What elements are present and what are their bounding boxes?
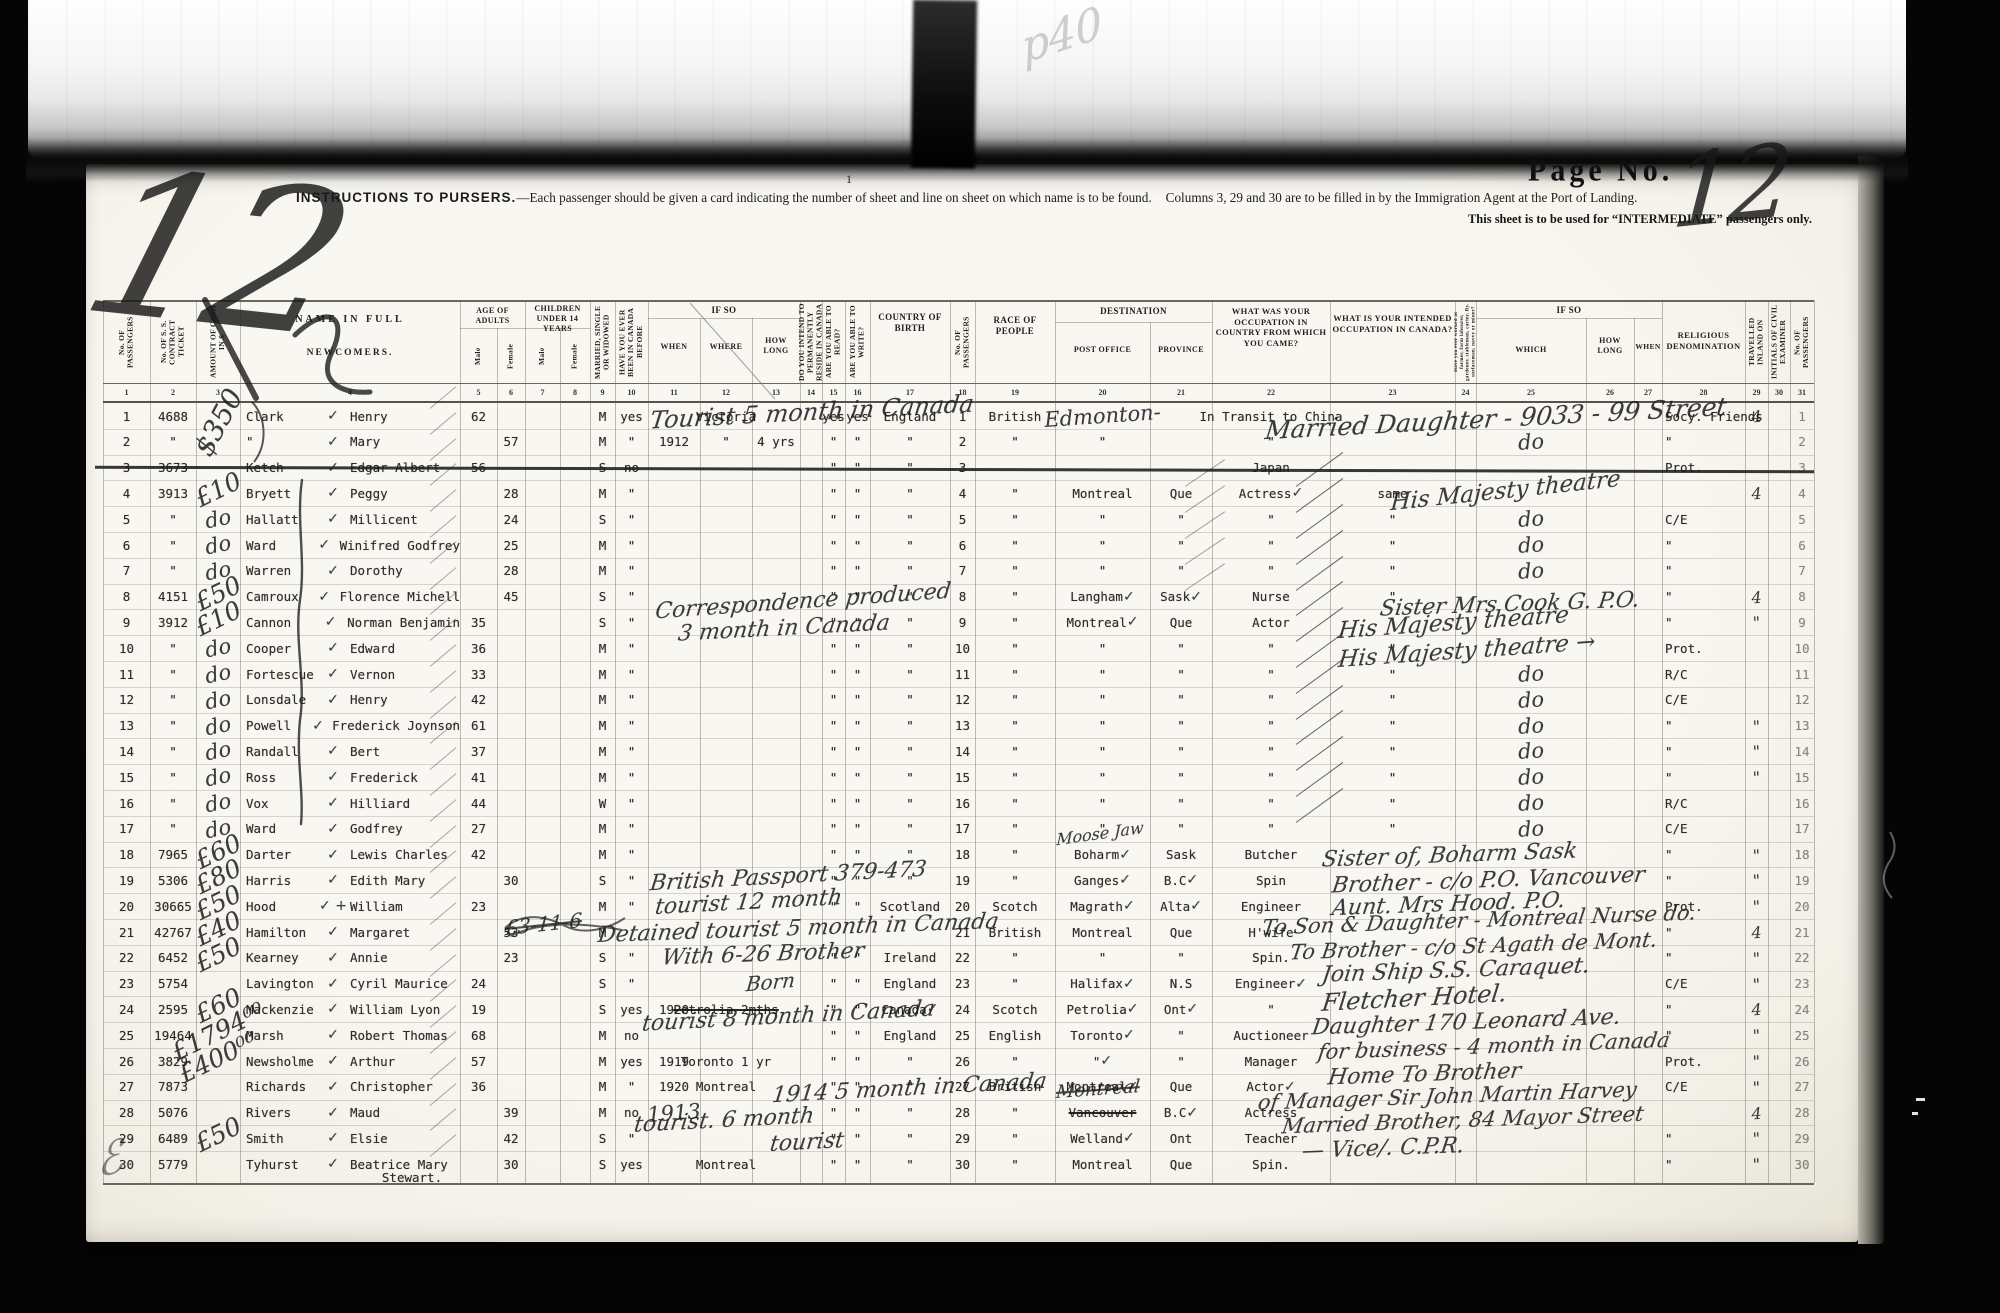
check-mark: ✓ <box>316 769 350 785</box>
cell-r16-rd: " <box>822 790 845 816</box>
cell-r23-occ: Engineer ✓ <box>1212 971 1330 997</box>
column-number: 8 <box>560 383 590 401</box>
manifest-row-name: Marsh✓Robert Thomas <box>240 1022 460 1048</box>
header-col16: ARE YOU ABLE TO WRITE? <box>845 303 870 381</box>
check-mark: ✓ <box>1190 898 1202 914</box>
cell-r11-po: " <box>1055 661 1150 687</box>
cell-r23-rel: C/E <box>1662 971 1748 997</box>
manifest-row-name: Powell✓Frederick Joynson <box>240 713 460 739</box>
cell-r24-rel: " <box>1662 996 1748 1022</box>
check-mark: ✓ <box>316 872 350 888</box>
cell-r20-po: Magrath ✓ <box>1055 893 1150 919</box>
cell-r17-rel: C/E <box>1662 816 1748 842</box>
cell-r9-occ: Actor <box>1212 609 1330 635</box>
cell-r22-ms: S <box>590 945 615 971</box>
cell-r7-ms: M <box>590 558 615 584</box>
cell-r26-ms: M <box>590 1048 615 1074</box>
manifest-row-name: Vox✓Hilliard <box>240 790 460 816</box>
cell-r6-rd: " <box>822 532 845 558</box>
header-col9: MARRIED, SINGLE OR WIDOWED <box>590 303 615 381</box>
cell-r30-where: Montreal <box>700 1151 752 1177</box>
cell-r12-race: " <box>975 687 1055 713</box>
cell-r2-how: 4 yrs <box>752 429 800 455</box>
cell-r5-cb: " <box>615 506 648 532</box>
cell-r6-cty: " <box>870 532 950 558</box>
cell-r9-rel: " <box>1662 609 1748 635</box>
handwritten-note: Born <box>745 968 796 997</box>
check-mark: ✓ <box>316 485 350 501</box>
cell-r18-no: 18 <box>103 842 150 868</box>
header-ifso: IF SO <box>648 305 800 316</box>
cell-r23-tk: 5754 <box>150 971 196 997</box>
cell-r24-no3: 24 <box>1790 996 1814 1022</box>
cell-r23-cty: England <box>870 971 950 997</box>
cell-r22-cty: Ireland <box>870 945 950 971</box>
cell-r26-where: Toronto 1 yr <box>700 1048 752 1074</box>
check-mark: ✓ <box>316 950 350 966</box>
cell-r15-race: " <box>975 764 1055 790</box>
cell-r10-cb: " <box>615 635 648 661</box>
cell-r8-c29: 4 <box>1744 583 1769 611</box>
cell-r5-cty: " <box>870 506 950 532</box>
header-ifso: IF SO <box>1476 305 1662 316</box>
cell-r9-po: Montreal ✓ <box>1055 609 1150 635</box>
cell-r19-pv: B.C ✓ <box>1150 867 1212 893</box>
cell-r25-no2: 25 <box>950 1022 975 1048</box>
cell-r4-tk: 3913 <box>150 480 196 506</box>
cell-r6-no: 6 <box>103 532 150 558</box>
cell-r22-rel: " <box>1662 945 1748 971</box>
check-mark: ✓ <box>1123 589 1135 605</box>
cell-r27-when: 1920 <box>648 1074 700 1100</box>
cell-r4-rd: " <box>822 480 845 506</box>
manifest-row-name2: Stewart. <box>352 1164 472 1190</box>
header-where: WHERE <box>700 342 752 352</box>
check-mark: ✓ <box>314 614 347 630</box>
instructions-text2: Columns 3, 29 and 30 are to be filled in… <box>1166 190 1638 205</box>
cell-r18-tk: 7965 <box>150 842 196 868</box>
cell-r27-where: Montreal <box>700 1074 752 1100</box>
cell-r4-no3: 4 <box>1790 480 1814 506</box>
cell-r25-no3: 25 <box>1790 1022 1814 1048</box>
cell-r28-po: Vancouver <box>1055 1100 1150 1126</box>
cell-r15-pv: " <box>1150 764 1212 790</box>
cell-r26-no: 26 <box>103 1048 150 1074</box>
cell-r23-no3: 23 <box>1790 971 1814 997</box>
cell-r14-int: " <box>1330 738 1455 764</box>
manifest-row-name: Lavington✓Cyril Maurice <box>240 971 460 997</box>
cell-r30-rd: " <box>822 1151 845 1177</box>
cell-r7-occ: " <box>1212 558 1330 584</box>
cell-r21-c29: 4 <box>1744 918 1769 946</box>
header-col10: HAVE YOU EVER BEEN IN CANADA BEFORE <box>615 303 648 381</box>
cell-r23-rd: " <box>822 971 845 997</box>
header-col23: WHAT IS YOUR INTENDED OCCUPATION IN CANA… <box>1330 313 1455 334</box>
cell-r29-cty: " <box>870 1125 950 1151</box>
cell-r19-ms: S <box>590 867 615 893</box>
cell-r13-no3: 13 <box>1790 713 1814 739</box>
header-col24: Have you ever worked as farmer, farm lab… <box>1455 303 1476 381</box>
cell-r23-race: " <box>975 971 1055 997</box>
cell-r29-no2: 29 <box>950 1125 975 1151</box>
header-col31: No. OF PASSENGERS <box>1790 303 1814 381</box>
grid-line <box>1476 318 1662 319</box>
cell-r13-int: " <box>1330 713 1455 739</box>
cell-r5-race: " <box>975 506 1055 532</box>
check-mark: ✓ <box>316 1079 350 1095</box>
scratch-mark <box>1916 1098 1925 1101</box>
cell-r23-ms: S <box>590 971 615 997</box>
cell-r17-pv: " <box>1150 816 1212 842</box>
check-mark: ✓ <box>1186 872 1198 888</box>
cell-r26-cb: yes <box>615 1048 648 1074</box>
cell-r13-po: " <box>1055 713 1150 739</box>
cell-r29-rel: " <box>1662 1125 1748 1151</box>
cell-r10-rel: Prot. <box>1662 635 1748 661</box>
cell-r30-cb: yes <box>615 1151 648 1177</box>
cell-r5-wr: " <box>845 506 870 532</box>
cell-r2-po: " <box>1055 429 1150 455</box>
column-number: 20 <box>1055 383 1150 401</box>
grid-line <box>648 318 800 319</box>
header-when: WHEN <box>648 342 700 352</box>
manifest-row-name: Hallatt✓Millicent <box>240 506 460 532</box>
cell-r29-pv: Ont <box>1150 1125 1212 1151</box>
cell-r8-no2: 8 <box>950 584 975 610</box>
cell-r1-am: 62 <box>460 403 497 429</box>
column-number: 5 <box>460 383 497 401</box>
cell-r7-tk: " <box>150 558 196 584</box>
cell-r9-no3: 9 <box>1790 609 1814 635</box>
cell-r20-no: 20 <box>103 893 150 919</box>
cell-r30-c29: " <box>1744 1150 1769 1178</box>
check-mark: ✓ <box>316 1053 350 1069</box>
cell-r2-tk: " <box>150 429 196 455</box>
cell-r15-cb: " <box>615 764 648 790</box>
cell-r3-no3: 3 <box>1790 455 1814 481</box>
cell-r5-tk: " <box>150 506 196 532</box>
cell-r24-pv: Ont ✓ <box>1150 996 1212 1022</box>
check-mark: ✓ <box>316 511 350 527</box>
page-no-label: Page No. <box>1528 153 1673 189</box>
cell-r19-occ: Spin <box>1212 867 1330 893</box>
cell-r10-rd: " <box>822 635 845 661</box>
cell-r11-no3: 11 <box>1790 661 1814 687</box>
cell-r6-int: " <box>1330 532 1455 558</box>
cell-r20-tk: 30665 <box>150 893 196 919</box>
check-mark: ✓ <box>316 408 350 424</box>
cell-r12-cty: " <box>870 687 950 713</box>
cell-r1-c29: 4 <box>1744 402 1769 430</box>
cell-r20-pv: Alta ✓ <box>1150 893 1212 919</box>
cell-r17-occ: " <box>1212 816 1330 842</box>
cell-r5-occ: " <box>1212 506 1330 532</box>
check-mark: ✓ + <box>316 898 350 914</box>
cell-r15-no2: 15 <box>950 764 975 790</box>
check-mark: ✓ <box>316 640 350 656</box>
header-which: WHICH <box>1476 345 1586 355</box>
cell-r1-cb: yes <box>615 403 648 429</box>
cell-r25-no: 25 <box>103 1022 150 1048</box>
cell-r11-rel: R/C <box>1662 661 1748 687</box>
cell-r8-ms: S <box>590 584 615 610</box>
check-mark: ✓ <box>1127 1001 1139 1017</box>
cell-r28-race: " <box>975 1100 1055 1126</box>
cell-r6-race: " <box>975 532 1055 558</box>
check-mark: ✓ <box>316 692 350 708</box>
manifest-row-name: Lonsdale✓Henry <box>240 687 460 713</box>
cell-r13-tk: " <box>150 713 196 739</box>
manifest-row-name: Warren✓Dorothy <box>240 558 460 584</box>
cell-r27-c29: " <box>1744 1073 1769 1101</box>
cell-r18-race: " <box>975 842 1055 868</box>
check-mark: ✓ <box>316 1105 350 1121</box>
cell-r28-no2: 28 <box>950 1100 975 1126</box>
cell-r15-no3: 15 <box>1790 764 1814 790</box>
cell-r26-no2: 26 <box>950 1048 975 1074</box>
cell-r14-rd: " <box>822 738 845 764</box>
cell-r17-wr: " <box>845 816 870 842</box>
cell-r28-c29: 4 <box>1744 1099 1769 1127</box>
cell-r29-race: " <box>975 1125 1055 1151</box>
cell-r10-no2: 10 <box>950 635 975 661</box>
cell-r12-rel: C/E <box>1662 687 1748 713</box>
cell-r6-af: 25 <box>497 532 525 558</box>
header-col30: INITIALS OF CIVIL EXAMINER <box>1768 303 1790 381</box>
cell-r18-am: 42 <box>460 842 497 868</box>
cell-r10-pv: " <box>1150 635 1212 661</box>
cell-r13-am: 61 <box>460 713 497 739</box>
instructions-line: INSTRUCTIONS TO PURSERS.—Each passenger … <box>296 190 1637 206</box>
cell-r15-rd: " <box>822 764 845 790</box>
cell-r25-wr: " <box>845 1022 870 1048</box>
cell-r13-cty: " <box>870 713 950 739</box>
scratch-mark <box>1912 1112 1918 1115</box>
grid-line <box>800 300 801 1183</box>
manifest-row-name: Cooper✓Edward <box>240 635 460 661</box>
cell-r17-am: 27 <box>460 816 497 842</box>
cell-r5-ms: S <box>590 506 615 532</box>
cell-r24-ms: S <box>590 996 615 1022</box>
check-mark: ✓ <box>1127 614 1139 630</box>
cell-r16-wr: " <box>845 790 870 816</box>
cell-r29-ms: S <box>590 1125 615 1151</box>
cell-r11-race: " <box>975 661 1055 687</box>
header-when: WHEN <box>1634 342 1662 351</box>
cell-r8-rel: " <box>1662 584 1748 610</box>
manifest-row-name: Newsholme✓Arthur <box>240 1048 460 1074</box>
cell-r3-rel: Prot. <box>1662 455 1748 481</box>
column-number: 24 <box>1455 383 1476 401</box>
cell-r23-am: 24 <box>460 971 497 997</box>
cell-r14-tk: " <box>150 738 196 764</box>
cell-r25-am: 68 <box>460 1022 497 1048</box>
cell-r2-cty: " <box>870 429 950 455</box>
column-number: 4 <box>240 383 460 401</box>
cell-r6-po: " <box>1055 532 1150 558</box>
cell-r2-no2: 2 <box>950 429 975 455</box>
cell-r8-no3: 8 <box>1790 584 1814 610</box>
manifest-row-name: "✓Mary <box>240 429 460 455</box>
cell-r2-race: " <box>975 429 1055 455</box>
column-number: 9 <box>590 383 615 401</box>
cell-r16-occ: " <box>1212 790 1330 816</box>
cell-r16-rel: R/C <box>1662 790 1748 816</box>
cell-r2-rel: " <box>1662 429 1748 455</box>
margin-squiggle <box>1884 832 1895 898</box>
cell-r5-no3: 5 <box>1790 506 1814 532</box>
cell-r26-c29: " <box>1744 1047 1769 1075</box>
cell-r25-cty: England <box>870 1022 950 1048</box>
cell-r27-pv: Que <box>1150 1074 1212 1100</box>
cell-r12-no: 12 <box>103 687 150 713</box>
cell-r8-tk: 4151 <box>150 584 196 610</box>
cell-r4-occ: Actress ✓ <box>1212 480 1330 506</box>
cell-r26-am: 57 <box>460 1048 497 1074</box>
cell-r13-no: 13 <box>103 713 150 739</box>
column-number: 23 <box>1330 383 1455 401</box>
check-mark: ✓ <box>1186 1105 1198 1121</box>
manifest-row-name: Hood✓ +William <box>240 893 460 919</box>
cell-r12-no3: 12 <box>1790 687 1814 713</box>
check-mark: ✓ <box>1119 872 1131 888</box>
grid-line <box>560 328 561 1183</box>
cell-r8-race: " <box>975 584 1055 610</box>
cell-r20-no3: 20 <box>1790 893 1814 919</box>
cell-r27-tk: 7873 <box>150 1074 196 1100</box>
cell-r18-no3: 18 <box>1790 842 1814 868</box>
cell-r12-po: " <box>1055 687 1150 713</box>
cell-r4-af: 28 <box>497 480 525 506</box>
check-mark: ✓ <box>316 976 350 992</box>
cell-r30-race: " <box>975 1151 1055 1177</box>
handwritten-note: ℰ <box>94 1130 124 1188</box>
cell-r7-cb: " <box>615 558 648 584</box>
check-mark: ✓ <box>1291 485 1303 501</box>
check-mark: ✓ <box>1119 847 1131 863</box>
cell-r10-ms: M <box>590 635 615 661</box>
cell-r2-ms: M <box>590 429 615 455</box>
header-col22: WHAT WAS YOUR OCCUPATION IN COUNTRY FROM… <box>1212 306 1330 349</box>
header-age_adults: AGE OF ADULTS <box>460 306 525 326</box>
cell-r17-no2: 17 <box>950 816 975 842</box>
cell-r27-no3: 27 <box>1790 1074 1814 1100</box>
check-mark: ✓ <box>316 563 350 579</box>
cell-r16-cty: " <box>870 790 950 816</box>
check-mark: ✓ <box>1123 1130 1135 1146</box>
cell-r26-occ: Manager <box>1212 1048 1330 1074</box>
cell-r14-no2: 14 <box>950 738 975 764</box>
manifest-row-name: Randall✓Bert <box>240 738 460 764</box>
header-post_office: POST OFFICE <box>1055 345 1150 355</box>
cell-r28-ms: M <box>590 1100 615 1126</box>
cell-r28-no: 28 <box>103 1100 150 1126</box>
cell-r27-am: 36 <box>460 1074 497 1100</box>
cell-r12-cb: " <box>615 687 648 713</box>
cell-r30-ms: S <box>590 1151 615 1177</box>
cell-r10-no: 10 <box>103 635 150 661</box>
column-number: 7 <box>525 383 560 401</box>
cell-r17-tk: " <box>150 816 196 842</box>
cell-r12-occ: " <box>1212 687 1330 713</box>
check-mark: ✓ <box>316 1001 350 1017</box>
cell-r14-cb: " <box>615 738 648 764</box>
cell-r15-no: 15 <box>103 764 150 790</box>
cell-r11-no2: 11 <box>950 661 975 687</box>
cell-r30-wr: " <box>845 1151 870 1177</box>
cell-r16-no: 16 <box>103 790 150 816</box>
check-mark: ✓ <box>309 589 340 605</box>
cell-r22-c29: " <box>1744 944 1769 972</box>
check-mark: ✓ <box>1100 1053 1112 1069</box>
header-col19: RACE OF PEOPLE <box>975 315 1055 338</box>
cell-r15-po: " <box>1055 764 1150 790</box>
column-number: 11 <box>648 383 700 401</box>
cell-r24-c29: 4 <box>1744 996 1769 1024</box>
cell-r4-no: 4 <box>103 480 150 506</box>
cell-r19-no3: 19 <box>1790 867 1814 893</box>
handwritten-note: 12 <box>1668 121 1791 252</box>
cell-r23-cb: " <box>615 971 648 997</box>
cell-r2-cb: " <box>615 429 648 455</box>
cell-r23-pv: N.S <box>1150 971 1212 997</box>
check-mark: ✓ <box>316 1027 350 1043</box>
cell-r29-po: Welland ✓ <box>1055 1125 1150 1151</box>
cell-r30-no3: 30 <box>1790 1151 1814 1177</box>
cell-r16-ms: W <box>590 790 615 816</box>
cell-r6-no2: 6 <box>950 532 975 558</box>
cell-r6-no3: 6 <box>1790 532 1814 558</box>
cell-r13-wr: " <box>845 713 870 739</box>
cell-r11-rd: " <box>822 661 845 687</box>
column-number: 19 <box>975 383 1055 401</box>
cell-r12-int: " <box>1330 687 1455 713</box>
cell-r12-pv: " <box>1150 687 1212 713</box>
cell-r2-where: " <box>700 429 752 455</box>
check-mark: ✓ <box>309 537 340 553</box>
cell-r28-no3: 28 <box>1790 1100 1814 1126</box>
cell-r4-pv: Que <box>1150 480 1212 506</box>
cell-r24-no: 24 <box>103 996 150 1022</box>
cell-r14-ms: M <box>590 738 615 764</box>
cell-r7-no3: 7 <box>1790 558 1814 584</box>
cell-r30-tk: 5779 <box>150 1151 196 1177</box>
cell-r16-int: " <box>1330 790 1455 816</box>
cell-r9-pv: Que <box>1150 609 1212 635</box>
cell-r2-no3: 2 <box>1790 429 1814 455</box>
cell-r19-no: 19 <box>103 867 150 893</box>
cell-r19-no2: 19 <box>950 867 975 893</box>
cell-r14-c29: " <box>1744 738 1769 766</box>
cell-r28-cty: " <box>870 1100 950 1126</box>
check-mark: ✓ <box>1190 589 1202 605</box>
cell-r21-tk: 42767 <box>150 919 196 945</box>
cell-r17-ms: M <box>590 816 615 842</box>
cell-r1-no: 1 <box>103 403 150 429</box>
cell-r29-wr: " <box>845 1125 870 1151</box>
cell-r6-pv: " <box>1150 532 1212 558</box>
cell-r9-no: 9 <box>103 609 150 635</box>
cell-r20-ms: M <box>590 893 615 919</box>
header-col28: RELIGIOUS DENOMINATION <box>1662 330 1745 351</box>
cell-r14-wr: " <box>845 738 870 764</box>
cell-r15-ms: M <box>590 764 615 790</box>
manifest-row-name: Mackenzie✓William Lyon <box>240 996 460 1022</box>
header-col17: COUNTRY OF BIRTH <box>870 312 950 335</box>
cell-r13-rd: " <box>822 713 845 739</box>
cell-r29-c29: " <box>1744 1125 1769 1153</box>
cell-r4-no2: 4 <box>950 480 975 506</box>
